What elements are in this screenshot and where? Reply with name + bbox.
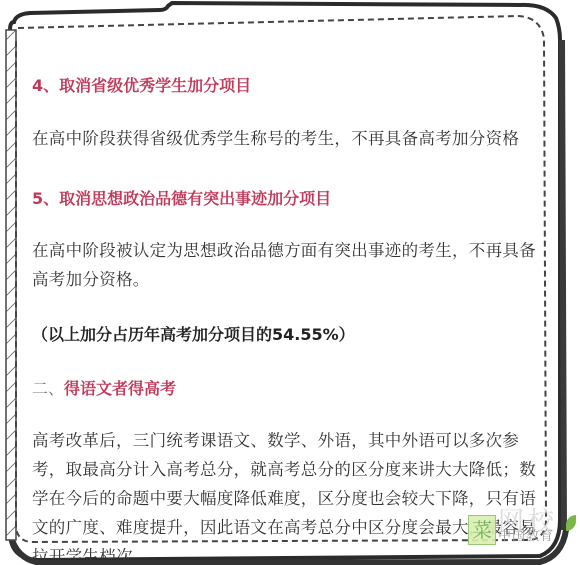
leaf-icon: [566, 515, 576, 531]
section-body-4: 在高中阶段获得省级优秀学生称号的考生，不再具备高考加分资格: [32, 124, 544, 153]
section-heading-5: 5、取消思想政治品德有突出事迹加分项目: [32, 186, 331, 209]
watermark-text: 中国教育: [498, 525, 554, 544]
site-watermark: 网校 菜 中国教育: [468, 515, 580, 565]
percentage-note: （以上加分占历年高考加分项目的54.55%）: [32, 322, 355, 345]
section2-heading: 二、得语文者得高考: [32, 376, 176, 399]
section-heading-4: 4、取消省级优秀学生加分项目: [32, 73, 251, 96]
section2-prefix: 二、: [32, 379, 64, 398]
watermark-logo-icon: 菜: [468, 515, 496, 545]
section2-title: 得语文者得高考: [64, 379, 176, 398]
section-body-5: 在高中阶段被认定为思想政治品德方面有突出事迹的考生，不再具备高考加分资格。: [32, 236, 544, 294]
